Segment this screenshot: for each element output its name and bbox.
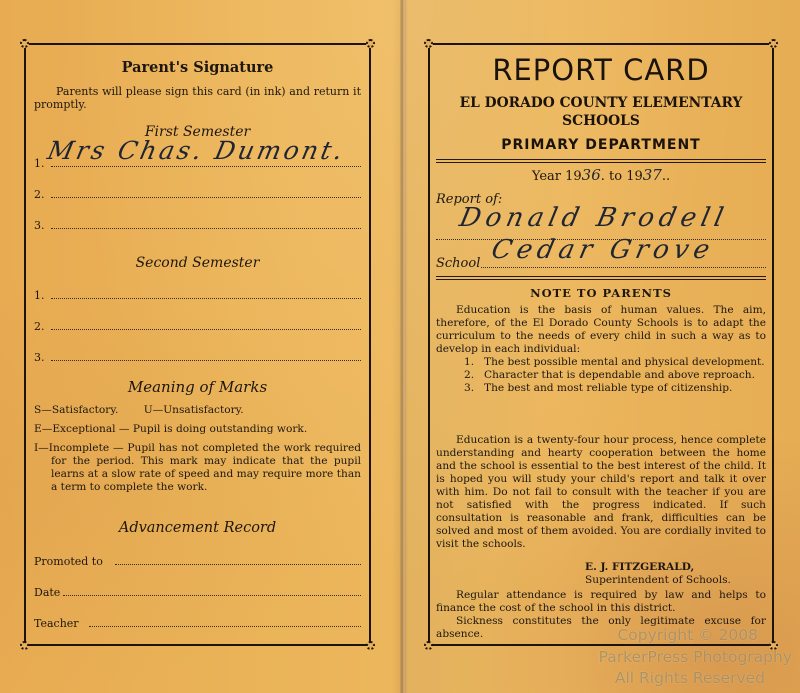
corner-ornament-icon xyxy=(769,39,778,48)
corner-ornament-icon xyxy=(20,39,29,48)
mark-exceptional: E—Exceptional — Pupil is doing outstandi… xyxy=(34,423,361,436)
corner-ornament-icon xyxy=(20,641,29,650)
double-rule-divider xyxy=(436,159,766,163)
corner-ornament-icon xyxy=(424,39,433,48)
card-fold-crease xyxy=(400,0,406,693)
advancement-record-heading: Advancement Record xyxy=(26,520,369,536)
mark-satisfactory-unsatisfactory: S—Satisfactory. U—Unsatisfactory. xyxy=(34,404,361,417)
parent-signature-handwriting: Mrs Chas. Dumont. xyxy=(45,136,348,165)
superintendent-title: Superintendent of Schools. xyxy=(585,574,731,587)
student-name-handwriting: Donald Brodell xyxy=(457,203,731,233)
year-from-handwriting: 36 xyxy=(582,166,601,184)
department-heading: PRIMARY DEPARTMENT xyxy=(430,137,772,153)
meaning-of-marks-heading: Meaning of Marks xyxy=(26,378,369,396)
promoted-to-field[interactable]: Promoted to xyxy=(34,554,361,568)
first-semester-signature-line-3[interactable]: 3. xyxy=(34,218,361,232)
report-card-cover-panel: REPORT CARD EL DORADO COUNTY ELEMENTARY … xyxy=(428,43,774,646)
photographer-watermark: ParkerPress Photography xyxy=(599,647,792,668)
goal-item: 1. The best possible mental and physical… xyxy=(464,356,766,369)
note-intro-paragraph: Education is the basis of human values. … xyxy=(436,304,766,356)
corner-ornament-icon xyxy=(366,39,375,48)
second-semester-signature-line-1[interactable]: 1. xyxy=(34,288,361,302)
second-semester-heading: Second Semester xyxy=(26,255,369,271)
double-rule-divider xyxy=(436,276,766,280)
report-card-title: REPORT CARD xyxy=(430,53,772,87)
goal-item: 3. The best and most reliable type of ci… xyxy=(464,382,766,395)
copyright-watermark: Copyright © 2008 xyxy=(617,625,758,646)
second-semester-signature-line-2[interactable]: 2. xyxy=(34,319,361,333)
goals-list: 1. The best possible mental and physical… xyxy=(464,356,766,395)
corner-ornament-icon xyxy=(424,641,433,650)
note-body-paragraph: Education is a twenty-four hour process,… xyxy=(436,434,766,551)
county-schools-heading: EL DORADO COUNTY ELEMENTARY SCHOOLS xyxy=(430,94,772,130)
year-to-handwriting: 37 xyxy=(643,166,662,184)
first-semester-signature-line-2[interactable]: 2. xyxy=(34,187,361,201)
corner-ornament-icon xyxy=(366,641,375,650)
mark-incomplete: I—Incomplete — Pupil has not completed t… xyxy=(34,442,361,494)
superintendent-name: E. J. FITZGERALD, xyxy=(585,561,694,574)
signature-instructions: Parents will please sign this card (in i… xyxy=(34,85,361,111)
goal-item: 2. Character that is dependable and abov… xyxy=(464,369,766,382)
second-semester-signature-line-3[interactable]: 3. xyxy=(34,350,361,364)
rights-reserved-watermark: All Rights Reserved xyxy=(615,668,765,689)
school-name-handwriting: Cedar Grove xyxy=(489,235,717,265)
parent-signature-panel: Parent's Signature Parents will please s… xyxy=(24,43,371,646)
attendance-paragraph: Regular attendance is required by law an… xyxy=(436,589,766,615)
parent-signature-title: Parent's Signature xyxy=(26,59,369,76)
note-to-parents-heading: NOTE TO PARENTS xyxy=(430,286,772,300)
school-year-field[interactable]: Year 1936. to 1937.. xyxy=(430,166,772,184)
date-field[interactable]: Date xyxy=(34,585,361,599)
teacher-field[interactable]: Teacher xyxy=(34,616,361,630)
